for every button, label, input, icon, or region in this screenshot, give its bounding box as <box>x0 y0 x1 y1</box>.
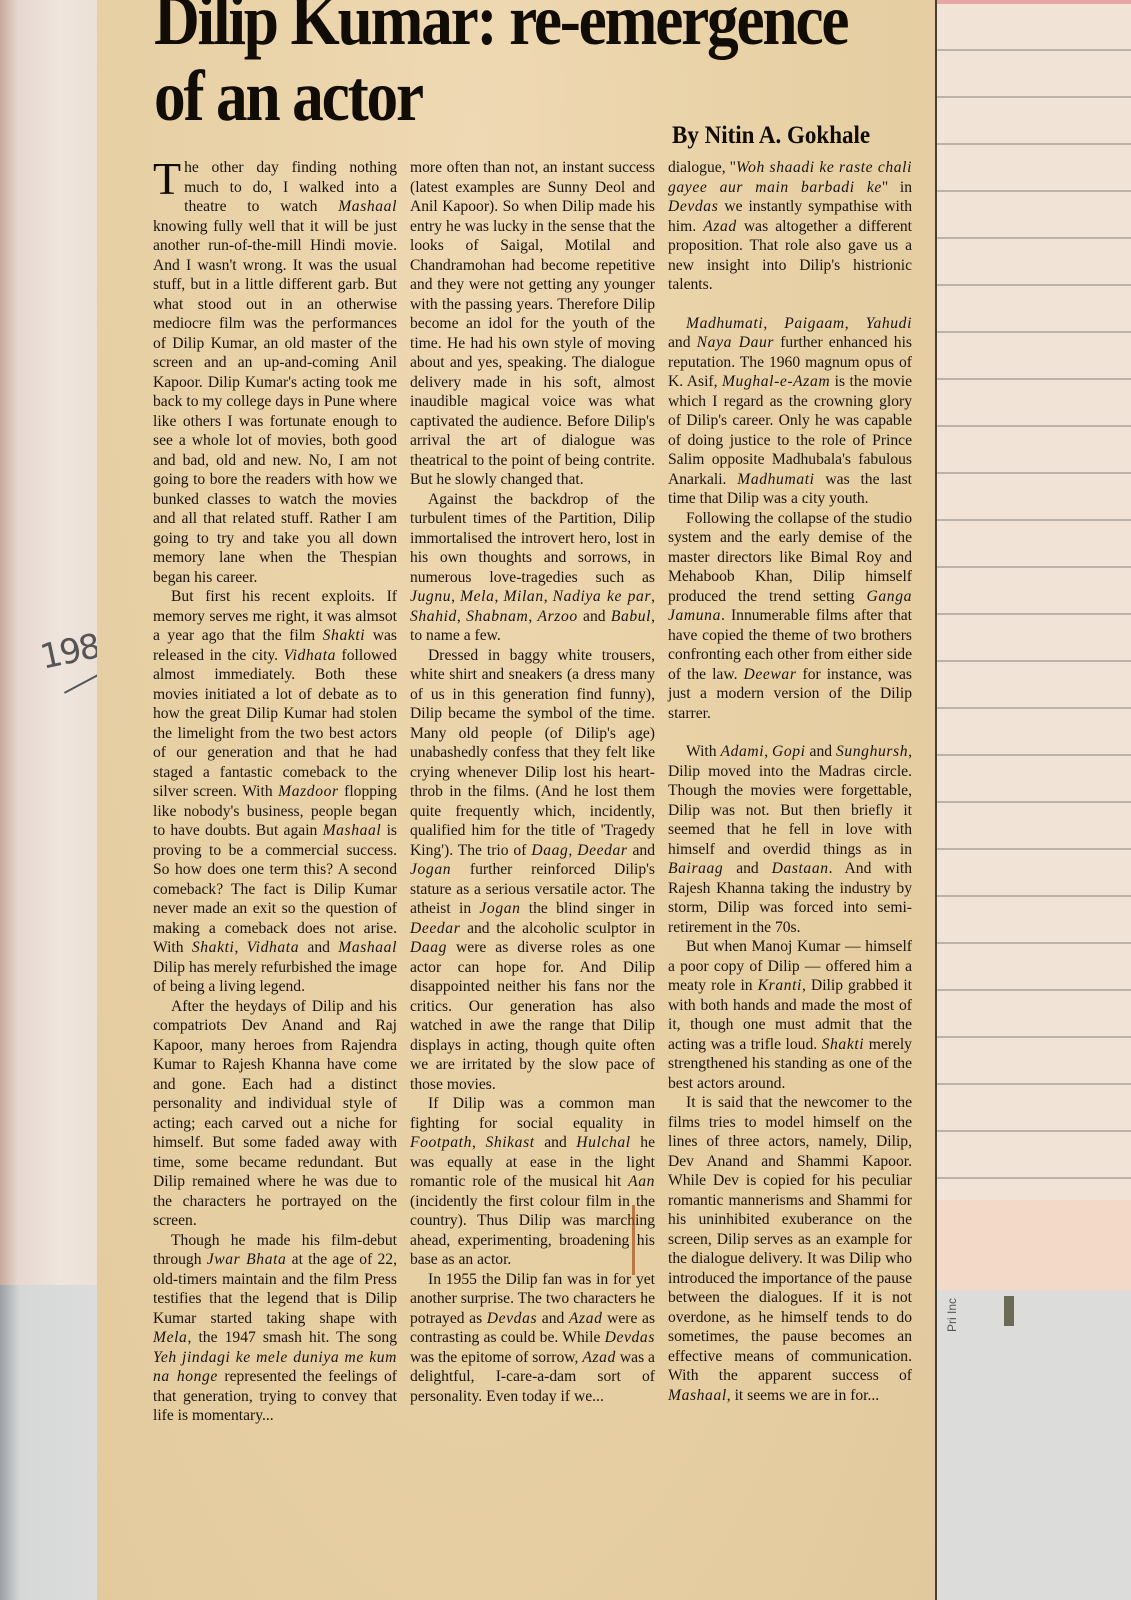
article-paragraph: Following the collapse of the studio sys… <box>668 509 912 724</box>
article-paragraph: It is said that the newcomer to the film… <box>668 1093 912 1405</box>
article-paragraph: If Dilip was a common man fighting for s… <box>410 1094 655 1270</box>
film-title: Mela <box>153 1329 187 1346</box>
film-title: Adami <box>720 743 764 760</box>
film-title: Naya Daur <box>697 334 774 351</box>
film-title: Footpath <box>410 1134 472 1151</box>
ink-stain <box>632 1205 635 1275</box>
film-title: Jwar Bhata <box>207 1251 287 1268</box>
film-title: Nadiya ke par <box>553 588 651 605</box>
byline: By Nitin A. Gokhale <box>672 122 870 150</box>
film-title: Azad <box>703 218 737 235</box>
ruled-notebook-paper <box>935 0 1131 1290</box>
film-title: Dastaan <box>772 860 829 877</box>
film-title: Sunghursh <box>836 743 908 760</box>
film-title: Deedar <box>577 842 627 859</box>
film-title: Devdas <box>605 1329 655 1346</box>
article-paragraph: Madhumati, Paigaam, Yahudi and Naya Daur… <box>668 314 912 509</box>
film-title: Jogan <box>410 861 451 878</box>
film-title: Shabnam <box>466 608 528 625</box>
film-title: Shahid <box>410 608 457 625</box>
film-title: Daag <box>410 939 447 956</box>
drop-cap: T <box>153 160 184 198</box>
article-paragraph: more often than not, an instant success … <box>410 158 655 490</box>
film-title: Shakti <box>822 1036 865 1053</box>
film-title: Mashaal <box>338 939 397 956</box>
notebook-red-edge <box>935 0 1131 4</box>
film-title: Babul <box>611 608 651 625</box>
background-page-left-lower <box>0 1285 100 1600</box>
article-column-3: dialogue, "Woh shaadi ke raste chali gay… <box>668 158 912 1405</box>
article-column-1: The other day finding nothing much to do… <box>153 158 397 1426</box>
article-column-2: more often than not, an instant success … <box>410 158 655 1406</box>
film-title: Mashaal <box>323 822 382 839</box>
film-title: Shakti <box>323 627 366 644</box>
film-title: Azad <box>582 1349 616 1366</box>
headline: Dilip Kumar: re-emergence of an actor <box>154 0 840 134</box>
article-paragraph: In 1955 the Dilip fan was in for yet ano… <box>410 1270 655 1407</box>
article-paragraph: Though he made his film-debut through Jw… <box>153 1231 397 1426</box>
film-title: Yahudi <box>866 315 912 332</box>
article-paragraph: But first his recent exploits. If memory… <box>153 587 397 997</box>
article-paragraph: Against the backdrop of the turbulent ti… <box>410 490 655 646</box>
film-title: Jugnu <box>410 588 451 605</box>
film-title: Hulchal <box>576 1134 630 1151</box>
article-paragraph: dialogue, "Woh shaadi ke raste chali gay… <box>668 158 912 295</box>
film-title: Yeh jindagi ke mele duniya me kum na hon… <box>153 1349 397 1386</box>
side-tab <box>1004 1296 1014 1326</box>
film-title: Mela <box>460 588 494 605</box>
film-title: Paigaam <box>784 315 845 332</box>
film-title: Madhumati <box>686 315 763 332</box>
headline-line-1: Dilip Kumar: re-emergence <box>154 0 840 58</box>
film-title: Ganga Jamuna <box>668 588 912 625</box>
film-title: Deewar <box>744 666 797 683</box>
film-title: Shakti <box>192 939 235 956</box>
side-label-text: Pri Inc <box>945 1298 959 1332</box>
article-paragraph: Dressed in baggy white trousers, white s… <box>410 646 655 1095</box>
background-page-lower-right <box>935 1290 1131 1600</box>
film-title: Devdas <box>487 1310 537 1327</box>
article-paragraph: But when Manoj Kumar — himself a poor co… <box>668 937 912 1093</box>
film-title: Mughal-e-Azam <box>722 373 830 390</box>
notebook-band <box>935 1200 1131 1295</box>
film-title: Jogan <box>479 900 520 917</box>
article-paragraph: With Adami, Gopi and Sunghursh, Dilip mo… <box>668 742 912 937</box>
film-title: Arzoo <box>538 608 578 625</box>
film-title: Daag <box>531 842 568 859</box>
film-title: Mashaal <box>668 1387 727 1404</box>
film-title: Madhumati <box>737 471 814 488</box>
film-title: Deedar <box>410 920 460 937</box>
film-title: Vidhata <box>247 939 299 956</box>
film-title: Aan <box>628 1173 655 1190</box>
film-title: Devdas <box>668 198 718 215</box>
film-title: Mashaal <box>338 198 397 215</box>
newspaper-clipping: Dilip Kumar: re-emergence of an actor By… <box>97 0 937 1600</box>
film-title: Bairaag <box>668 860 723 877</box>
film-title: Shikast <box>485 1134 534 1151</box>
film-title: Vidhata <box>284 647 336 664</box>
film-title: Gopi <box>772 743 806 760</box>
film-title: Woh shaadi ke raste chali gayee aur main… <box>668 159 912 196</box>
film-title: Mazdoor <box>278 783 339 800</box>
article-paragraph: After the heydays of Dilip and his compa… <box>153 997 397 1231</box>
film-title: Milan <box>503 588 543 605</box>
film-title: Azad <box>569 1310 603 1327</box>
film-title: Kranti <box>758 977 802 994</box>
article-paragraph: The other day finding nothing much to do… <box>153 158 397 587</box>
